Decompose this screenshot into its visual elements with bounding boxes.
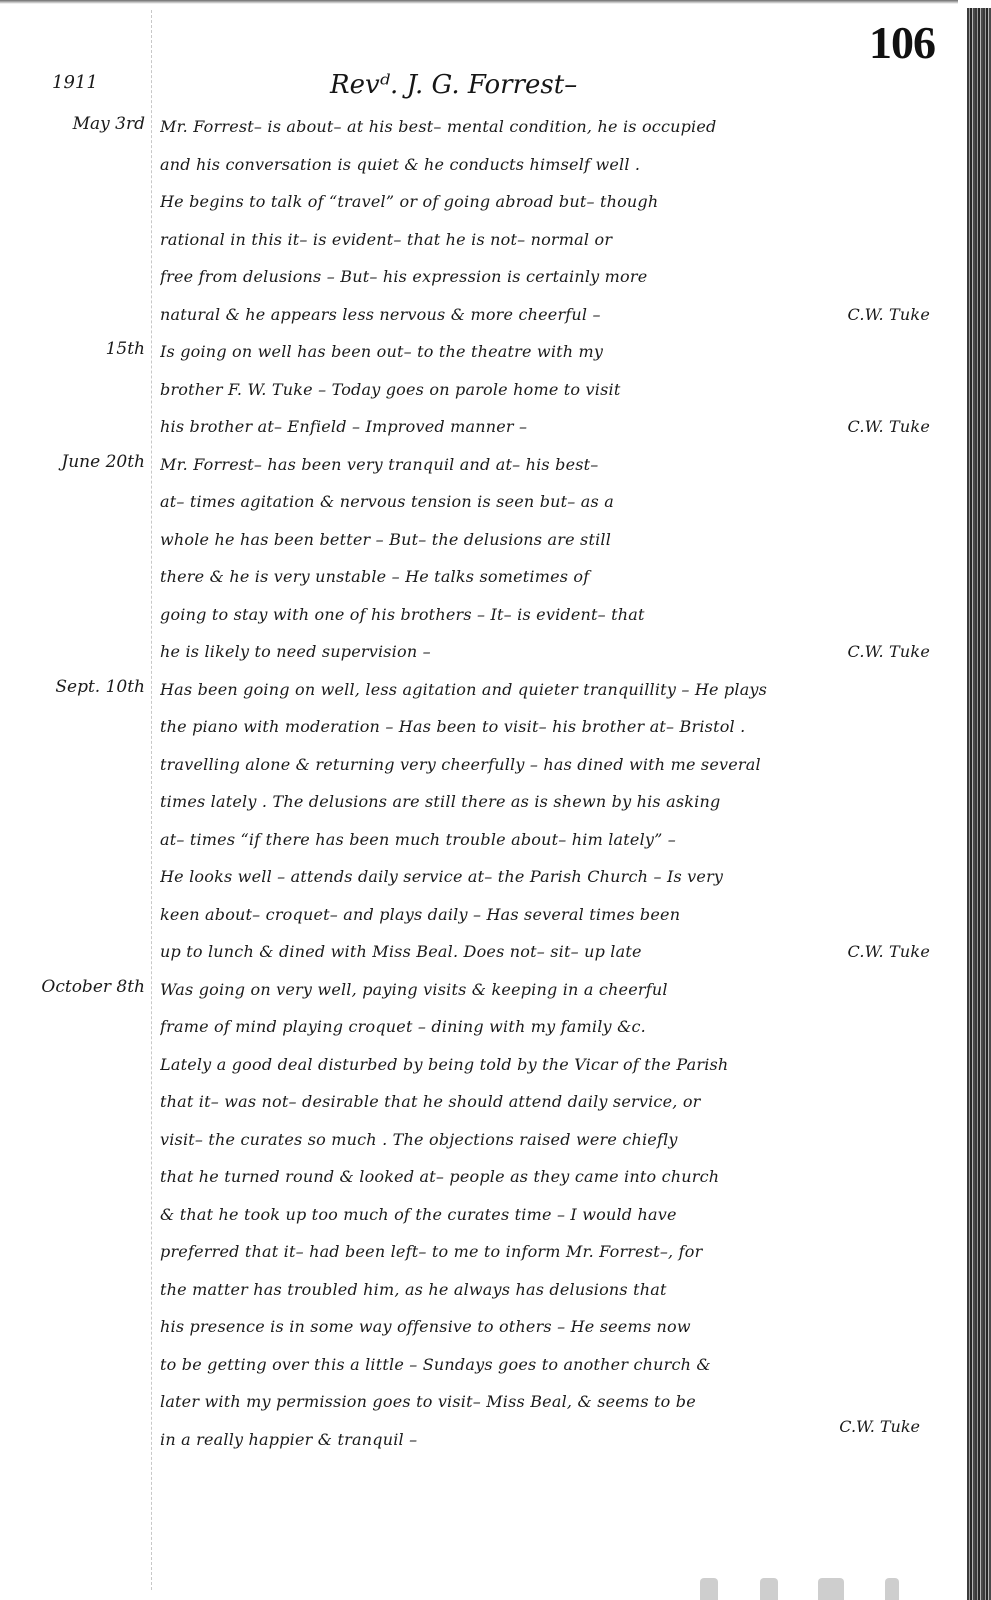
entry-line: Has been going on well, less agitation a… xyxy=(160,671,930,709)
entry-line: to be getting over this a little – Sunda… xyxy=(160,1346,930,1384)
entry-line: Is going on well has been out– to the th… xyxy=(160,333,930,371)
entry-date: October 8th xyxy=(10,977,145,997)
entry-line: that he turned round & looked at– people… xyxy=(160,1158,930,1196)
entry-line: the matter has troubled him, as he alway… xyxy=(160,1271,930,1309)
entry-line: Mr. Forrest– has been very tranquil and … xyxy=(160,446,930,484)
entry-line: visit– the curates so much . The objecti… xyxy=(160,1121,930,1159)
entry-line: going to stay with one of his brothers –… xyxy=(160,596,930,634)
scan-smudges xyxy=(700,1575,930,1600)
page-top-edge xyxy=(0,0,958,4)
entry-line: rational in this it– is evident– that he… xyxy=(160,221,930,259)
entry-line: brother F. W. Tuke – Today goes on parol… xyxy=(160,371,930,409)
entry-line: travelling alone & returning very cheerf… xyxy=(160,746,930,784)
page-title: Revᵈ. J. G. Forrest– xyxy=(330,70,577,100)
entry-line: Was going on very well, paying visits & … xyxy=(160,971,930,1009)
book-page-edges xyxy=(967,8,991,1600)
entry-line: Mr. Forrest– is about– at his best– ment… xyxy=(160,108,930,146)
entry-line: whole he has been better – But– the delu… xyxy=(160,521,930,559)
entry-line: in a really happier & tranquil – xyxy=(160,1421,930,1459)
entry-date: May 3rd xyxy=(10,114,145,134)
signature: C.W. Tuke xyxy=(839,1417,920,1436)
entry-line: his presence is in some way offensive to… xyxy=(160,1308,930,1346)
entry-line: times lately . The delusions are still t… xyxy=(160,783,930,821)
entry-date: 15th xyxy=(10,339,145,359)
signature: C.W. Tuke xyxy=(847,296,930,334)
entry-line: that it– was not– desirable that he shou… xyxy=(160,1083,930,1121)
entry-line: later with my permission goes to visit– … xyxy=(160,1383,930,1421)
signature: C.W. Tuke xyxy=(847,408,930,446)
entry-line: there & he is very unstable – He talks s… xyxy=(160,558,930,596)
entry-line: the piano with moderation – Has been to … xyxy=(160,708,930,746)
case-entry: June 20thMr. Forrest– has been very tran… xyxy=(0,446,960,671)
entry-line: at– times “if there has been much troubl… xyxy=(160,821,930,859)
entry-line: he is likely to need supervision –C.W. T… xyxy=(160,633,930,671)
entry-line: up to lunch & dined with Miss Beal. Does… xyxy=(160,933,930,971)
case-entry: October 8thWas going on very well, payin… xyxy=(0,971,960,1459)
case-notes: May 3rdMr. Forrest– is about– at his bes… xyxy=(0,108,960,1458)
entry-line: He begins to talk of “travel” or of goin… xyxy=(160,183,930,221)
entry-line: preferred that it– had been left– to me … xyxy=(160,1233,930,1271)
entry-date: June 20th xyxy=(10,452,145,472)
entry-line: at– times agitation & nervous tension is… xyxy=(160,483,930,521)
signature: C.W. Tuke xyxy=(847,933,930,971)
entry-line: his brother at– Enfield – Improved manne… xyxy=(160,408,930,446)
entry-line: and his conversation is quiet & he condu… xyxy=(160,146,930,184)
entry-line: frame of mind playing croquet – dining w… xyxy=(160,1008,930,1046)
signature: C.W. Tuke xyxy=(847,633,930,671)
year-label: 1911 xyxy=(52,72,98,93)
case-entry: May 3rdMr. Forrest– is about– at his bes… xyxy=(0,108,960,333)
entry-line: Lately a good deal disturbed by being to… xyxy=(160,1046,930,1084)
case-entry: 15thIs going on well has been out– to th… xyxy=(0,333,960,446)
entry-line: & that he took up too much of the curate… xyxy=(160,1196,930,1234)
entry-line: natural & he appears less nervous & more… xyxy=(160,296,930,334)
entry-line: He looks well – attends daily service at… xyxy=(160,858,930,896)
case-entry: Sept. 10thHas been going on well, less a… xyxy=(0,671,960,971)
entry-line: keen about– croquet– and plays daily – H… xyxy=(160,896,930,934)
entry-date: Sept. 10th xyxy=(10,677,145,697)
entry-line: free from delusions – But– his expressio… xyxy=(160,258,930,296)
page-number: 106 xyxy=(869,16,935,69)
